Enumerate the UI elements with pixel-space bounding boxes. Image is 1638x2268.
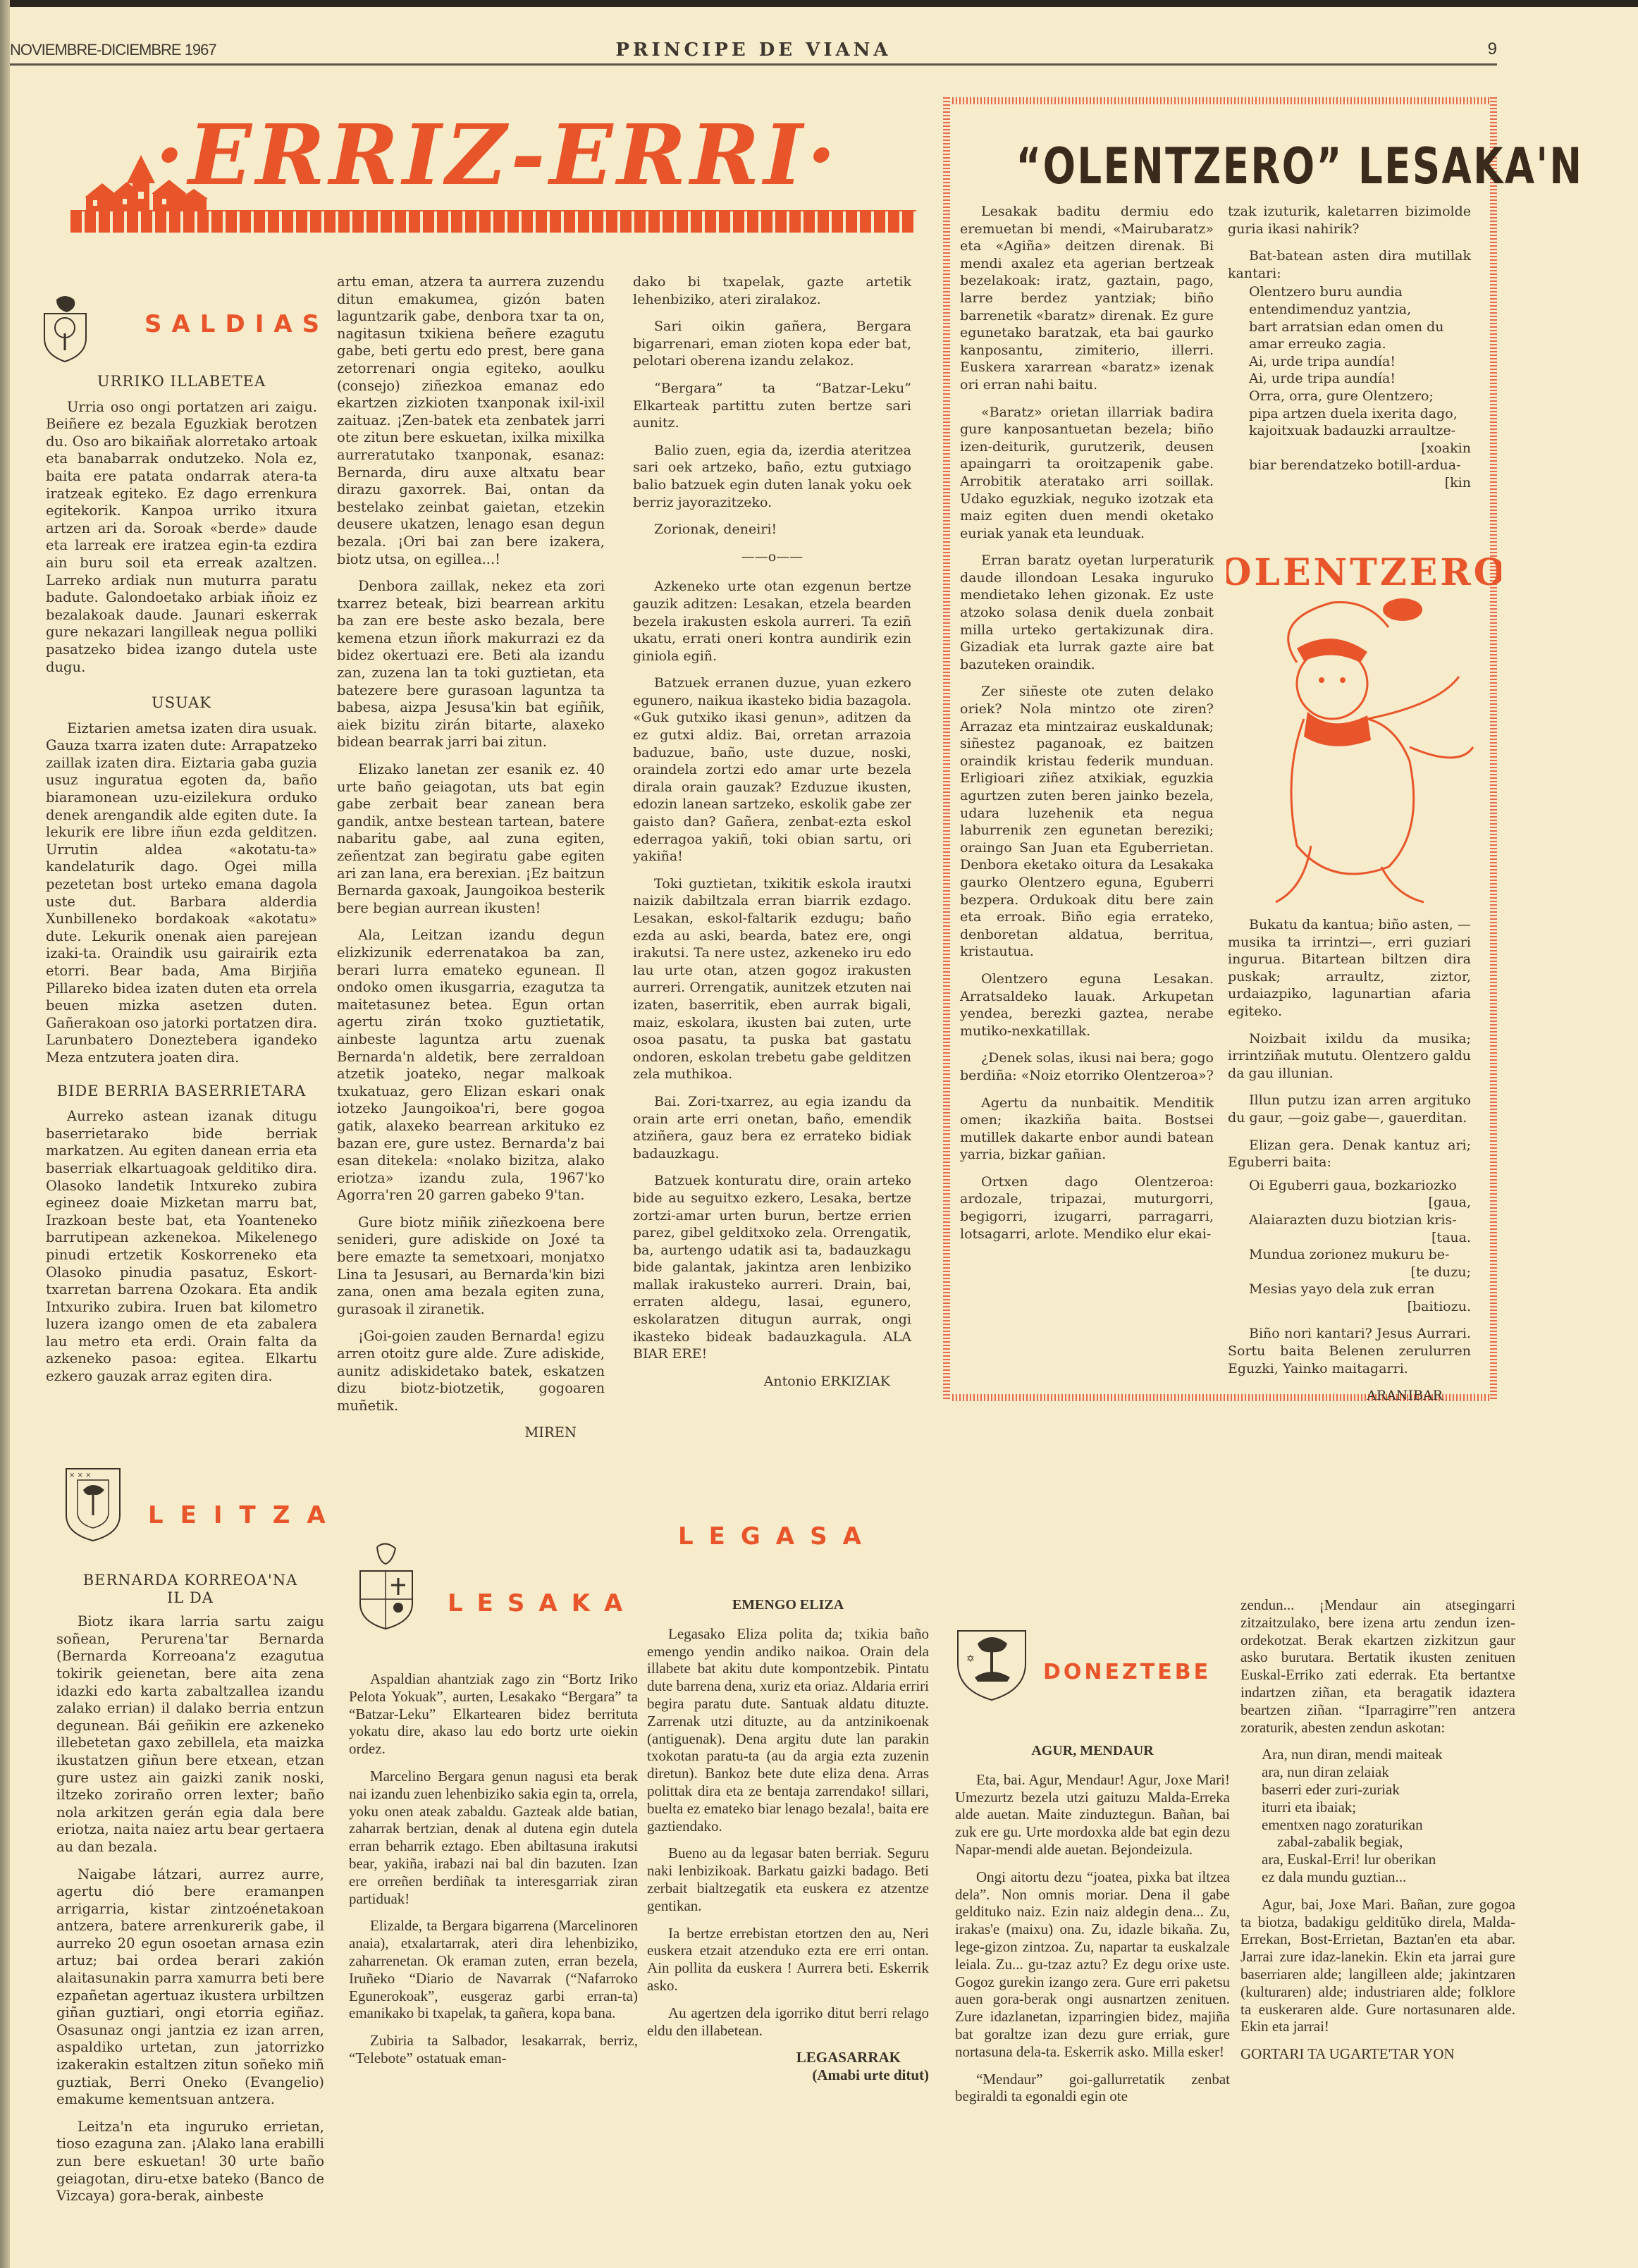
paragraph: Lesakak baditu dermiu edo eremuetan bi m… [960, 203, 1214, 394]
leitza-coat-of-arms-icon: × × × [63, 1466, 123, 1543]
verse-line: Ai, urde tripa aundía! [1249, 353, 1471, 371]
verse-line: Alaiarazten duzu biotzian kris- [1249, 1212, 1471, 1229]
paragraph: Naigabe látzari, aurrez aurre, agertu di… [56, 1866, 324, 2109]
article-heading-line2: IL DA [56, 1589, 324, 1607]
section-heading: URRIKO ILLABETEA [46, 373, 317, 390]
christmas-hymn: Oi Eguberri gaua, bozkariozko [gaua, Ala… [1228, 1177, 1471, 1316]
section-heading: USUAK [46, 694, 317, 712]
paragraph: artu eman, atzera ta aurrera zuzendu dit… [337, 273, 605, 568]
signature-note: (Amabi urte ditut) [647, 2066, 929, 2084]
paragraph: Agertu da nunbaitik. Menditik omen; ikaz… [960, 1095, 1214, 1164]
paragraph: Elizako lanetan zer esanik ez. 40 urte b… [337, 761, 605, 917]
olentzero-title-text: “OLENTZERO” LESAKA'N [1016, 137, 1583, 195]
paragraph: Legasako Eliza polita da; txikia baño em… [647, 1625, 929, 1835]
paragraph: Gure biotz miñik ziñezkoena bere senider… [337, 1214, 605, 1319]
verse-line: Ara, nun diran, mendi maiteak [1262, 1746, 1515, 1763]
verse-line: biar berendatzeko botill-ardua- [1249, 457, 1471, 474]
masthead: ·ERRIZ-ERRI· [42, 106, 930, 240]
masthead-crenellation [70, 211, 916, 233]
olentzero-col1: Lesakak baditu dermiu edo eremuetan bi m… [960, 203, 1214, 1252]
lesaka-title: LESAKA [448, 1589, 636, 1617]
paragraph: Aurreko astean izanak ditugu baserrietar… [46, 1108, 317, 1386]
paragraph: Biotz ikara larria sartu zaigu soñean, P… [56, 1613, 324, 1856]
paragraph: Zer siñeste ote zuten delako oriek? Nola… [960, 683, 1214, 961]
leitza-article: BERNARDA KORREOA'NA IL DA Biotz ikara la… [56, 1572, 324, 2215]
verse-line: ara, nun diran zelaiak [1262, 1763, 1515, 1781]
verse-line: Mundua zorionez mukuru be- [1249, 1246, 1471, 1264]
doneztebe-col2: zendun... ¡Mendaur ain atsegingarri zitz… [1240, 1596, 1515, 2063]
page-top-edge [0, 0, 1638, 7]
paragraph: Aspaldian ahantziak zago zin “Bortz Irik… [349, 1670, 638, 1758]
paragraph: Ia bertze errebistan etortzen den au, Ne… [647, 1925, 929, 1995]
paragraph: Sari oikin gañera, Bergara bigarrenari, … [633, 318, 911, 370]
paragraph: zendun... ¡Mendaur ain atsegingarri zitz… [1240, 1596, 1515, 1736]
lesaka-coat-of-arms-icon [356, 1540, 416, 1632]
verse-line: ementxen nago zoraturikan [1262, 1816, 1515, 1834]
verse-line: bart arratsian edan omen du [1249, 319, 1471, 336]
paragraph: “Mendaur” goi-gallurretatik zenbat begir… [955, 2071, 1230, 2106]
paragraph: ¿Denek solas, ikusi nai bera; gogo berdi… [960, 1049, 1214, 1084]
paragraph: Marcelino Bergara genun nagusi eta berak… [349, 1768, 638, 1907]
olentzero-col2-bottom: Bukatu da kantua; biño asten, —musika ta… [1228, 916, 1471, 1405]
verse-line: Oi Eguberri gaua, bozkariozko [1249, 1177, 1471, 1195]
saldias-title: SALDIAS [144, 310, 329, 338]
ornament-divider: ——o—— [633, 548, 911, 566]
doneztebe-title: DONEZTEBE [1043, 1660, 1211, 1684]
verse-line: [xoakin [1249, 440, 1471, 457]
verse-line: ez dala mundu guztian... [1262, 1868, 1515, 1886]
legasa-article: EMENGO ELIZA Legasako Eliza polita da; t… [647, 1589, 929, 2084]
saldias-coat-of-arms-icon [39, 292, 92, 363]
paragraph: Eta, bai. Agur, Mendaur! Agur, Joxe Mari… [955, 1771, 1230, 1859]
paragraph: Au agertzen dela igorriko ditut berri re… [647, 2004, 929, 2040]
paragraph: Batzuek erranen duzue, yuan ezkero egune… [633, 674, 911, 865]
section-heading: BIDE BERRIA BASERRIETARA [46, 1083, 317, 1100]
iparragirre-song: Ara, nun diran, mendi maiteak ara, nun d… [1240, 1746, 1515, 1885]
svg-text:✡: ✡ [966, 1653, 975, 1665]
verse-line: Olentzero buru aundia [1249, 283, 1471, 301]
paragraph: Bat-batean asten dira mutillak kantari: [1228, 247, 1471, 282]
paragraph: Ala, Leitzan izandu degun elizkizunik ed… [337, 927, 605, 1204]
verse-line: ara, Euskal-Erri! lur oberikan [1262, 1851, 1515, 1868]
paragraph: Balio zuen, egia da, izerdia ateritzea s… [633, 442, 911, 511]
signature: LEGASARRAK [647, 2049, 901, 2066]
signature: ARANIBAR [1228, 1387, 1443, 1405]
paragraph: Zubiria ta Salbador, lesakarrak, berriz,… [349, 2032, 638, 2067]
paragraph: Noizbait ixildu da musika; irrintziñak m… [1228, 1030, 1471, 1083]
paragraph: Olentzero eguna Lesakan. Arratsaldeko la… [960, 970, 1214, 1040]
leitza-title: LEITZA [148, 1501, 343, 1529]
paragraph: Bukatu da kantua; biño asten, —musika ta… [1228, 916, 1471, 1021]
leitza-continuation: artu eman, atzera ta aurrera zuzendu dit… [337, 273, 605, 1442]
paragraph: Ortxen dago Olentzeroa: ardozale, tripaz… [960, 1173, 1214, 1243]
doneztebe-coat-of-arms-icon: ✡ [955, 1628, 1029, 1702]
paragraph: Illun putzu izan arren argituko du gaur,… [1228, 1092, 1471, 1126]
verse-line: [baitiozu. [1249, 1298, 1471, 1316]
paragraph: «Baratz» orietan illarriak badira gure k… [960, 404, 1214, 543]
paragraph: “Bergara” ta “Batzar-Leku” Elkarteak par… [633, 380, 911, 432]
olentzero-illustration-icon: OLENTZERO [1226, 536, 1501, 916]
verse-line: Orra, orra, gure Olentzero; [1249, 388, 1471, 405]
paragraph: Eiztarien ametsa izaten dira usuak. Gauz… [46, 720, 317, 1067]
paragraph: Urria oso ongi portatzen ari zaigu. Beiñ… [46, 399, 317, 677]
binding-spine [0, 0, 10, 2268]
paragraph: dako bi txapelak, gazte artetik lehenbiz… [633, 273, 911, 308]
verse-line: kajoitxuak badauzki arraultze- [1249, 422, 1471, 440]
verse-line: entendimenduz yantzia, [1249, 301, 1471, 319]
article-heading: EMENGO ELIZA [647, 1596, 929, 1614]
running-header: NOVIEMBRE-DICIEMBRE 1967 PRINCIPE DE VIA… [10, 35, 1497, 66]
signature: GORTARI TA UGARTE'TAR YON [1240, 2045, 1515, 2063]
masthead-title: ·ERRIZ-ERRI· [155, 106, 840, 204]
verse-line: [te duzu; [1249, 1264, 1471, 1281]
verse-line: iturri eta ibaiak; [1262, 1799, 1515, 1816]
paragraph: Erran baratz oyetan lurperaturik daude i… [960, 552, 1214, 673]
verse-line: [kin [1249, 474, 1471, 492]
paragraph: Bai. Zori-txarrez, au egia izandu da ora… [633, 1093, 911, 1162]
olentzero-col2-top: tzak izuturik, kaletarren bizimolde guri… [1228, 203, 1471, 492]
paragraph: Elizan gera. Denak kantuz ari; Eguberri … [1228, 1137, 1471, 1171]
olentzero-title: “OLENTZERO” LESAKA'N [1016, 137, 1422, 195]
paragraph: Azkeneko urte otan ezgenun bertze gauzik… [633, 578, 911, 665]
verse-line: pipa artzen duela ixerita dago, [1249, 405, 1471, 423]
paragraph: Bueno au da legasar baten berriak. Segur… [647, 1844, 929, 1914]
saldias-article: URRIKO ILLABETEA Urria oso ongi portatze… [46, 363, 317, 1395]
paragraph: Agur, bai, Joxe Mari. Bañan, zure gogoa … [1240, 1896, 1515, 2035]
article-heading: AGUR, MENDAUR [955, 1742, 1230, 1760]
paragraph: Denbora zaillak, nekez eta zori txarrez … [337, 578, 605, 751]
svg-text:× × ×: × × × [69, 1472, 92, 1479]
verse-line: zabal-zabalik begiak, [1262, 1833, 1515, 1851]
verse-line: baserri eder zuri-zuriak [1262, 1781, 1515, 1799]
legasa-title: LEGASA [678, 1522, 877, 1551]
verse-line: amar erreuko zagia. [1249, 335, 1471, 353]
verse-line: Ai, urde tripa aundía! [1249, 370, 1471, 388]
doneztebe-col1: AGUR, MENDAUR Eta, bai. Agur, Mendaur! A… [955, 1735, 1230, 2115]
paragraph: Batzuek konturatu dire, orain arteko bid… [633, 1172, 911, 1363]
signature: MIREN [337, 1424, 577, 1442]
paragraph: tzak izuturik, kaletarren bizimolde guri… [1228, 203, 1471, 238]
paragraph: Biño nori kantari? Jesus Aurrari. Sortu … [1228, 1325, 1471, 1377]
lesaka-article: Aspaldian ahantziak zago zin “Bortz Irik… [349, 1670, 638, 2077]
lesaka-continuation: dako bi txapelak, gazte artetik lehenbiz… [633, 273, 911, 1390]
verse-line: Mesias yayo dela zuk erran [1249, 1281, 1471, 1298]
paragraph: Ongi aitortu dezu “joatea, pixka bat ilt… [955, 1868, 1230, 2061]
paragraph: ¡Goi-goien zauden Bernarda! egizu arren … [337, 1328, 605, 1415]
signature: Antonio ERKIZIAK [633, 1373, 890, 1391]
paragraph: Zorionak, deneiri! [633, 521, 911, 538]
paragraph: Elizalde, ta Bergara bigarrena (Marcelin… [349, 1917, 638, 2022]
verse-line: [taua. [1249, 1229, 1471, 1247]
page-number: 9 [1488, 39, 1497, 59]
olentzero-song: Olentzero buru aundia entendimenduz yant… [1228, 283, 1471, 491]
article-heading-line1: BERNARDA KORREOA'NA [56, 1572, 324, 1589]
paragraph: Leitza'n eta inguruko errietan, tioso ez… [56, 2119, 324, 2205]
paragraph: Toki guztietan, txikitik eskola irautxi … [633, 875, 911, 1083]
publication-title: PRINCIPE DE VIANA [10, 39, 1497, 61]
verse-line: [gaua, [1249, 1194, 1471, 1212]
illustration-label: OLENTZERO [1226, 551, 1501, 594]
